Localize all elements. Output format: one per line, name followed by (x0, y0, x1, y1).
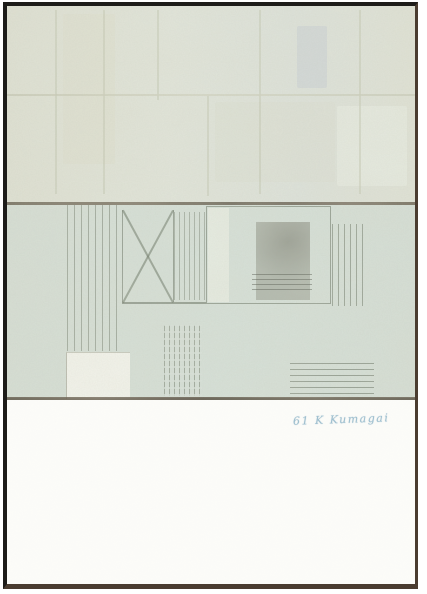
gray-square-panel (256, 222, 310, 300)
horizontal-stripe-group (290, 361, 374, 394)
vertical-seam (359, 10, 361, 194)
vertical-seam (207, 96, 209, 196)
dashed-vertical-stripe-group (164, 325, 202, 396)
vertical-seam (157, 10, 159, 100)
horizontal-rule-line (122, 302, 206, 304)
middle-seam-line (7, 202, 415, 205)
blue-gray-patch (297, 26, 327, 88)
vertical-stripe-group-left (67, 205, 118, 351)
painting-canvas: 61 K Kumagai (7, 6, 415, 584)
light-texture-patch (337, 106, 407, 186)
beige-texture-patch (63, 14, 115, 164)
soft-horizontal-seam (7, 94, 415, 96)
light-inner-column (208, 208, 229, 302)
vertical-seam (259, 10, 261, 194)
vertical-seam (103, 10, 105, 194)
gray-square-hatch-lines (252, 274, 312, 290)
x-cross-panel (122, 210, 174, 302)
canvas-bottom-band (7, 400, 415, 584)
vertical-seam (55, 10, 57, 194)
photograph-of-painting: 61 K Kumagai (0, 0, 427, 594)
vertical-stripe-group-right (332, 224, 368, 306)
bottom-seam-line (7, 397, 415, 400)
painting-frame: 61 K Kumagai (3, 2, 418, 589)
beige-texture-patch (215, 102, 335, 182)
white-rectangle-patch (66, 352, 130, 399)
vertical-stripe-group-center (174, 212, 207, 300)
